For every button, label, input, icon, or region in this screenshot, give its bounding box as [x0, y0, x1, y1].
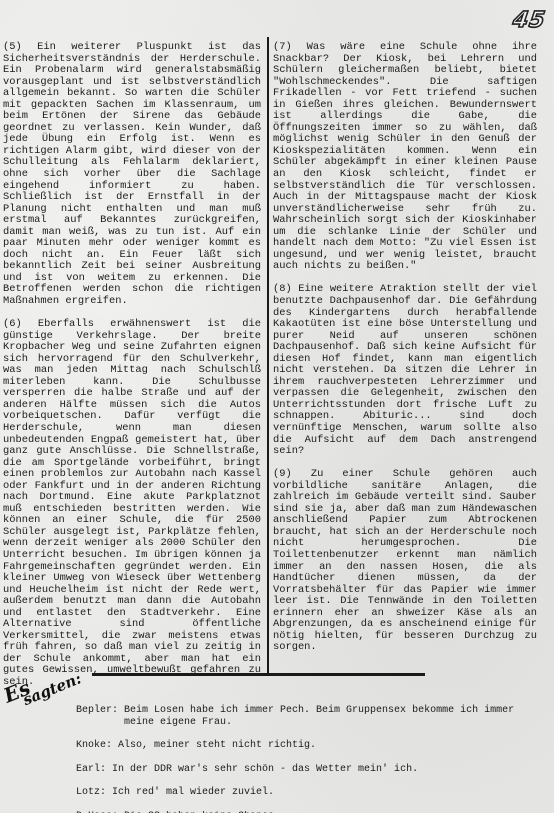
quote-speaker: Earl: — [76, 764, 106, 776]
quotes-list: Bepler: Beim Losen habe ich immer Pech. … — [76, 705, 546, 813]
section-divider — [92, 673, 425, 676]
quote-text: In der DDR war's sehr schön - das Wetter… — [112, 764, 546, 776]
paragraph-5: (5) Ein weiterer Pluspunkt ist das Siche… — [3, 42, 261, 308]
column-divider — [267, 37, 269, 674]
quote-text: Beim Losen habe ich immer Pech. Beim Gru… — [124, 705, 546, 728]
paragraph-7: (7) Was wäre eine Schule ohne ihre Snack… — [273, 42, 537, 273]
quote-text: Ich red' mal wieder zuviel. — [112, 787, 546, 799]
quote-item: Lotz: Ich red' mal wieder zuviel. — [76, 787, 546, 799]
quote-item: Bepler: Beim Losen habe ich immer Pech. … — [76, 705, 546, 728]
quote-speaker: Knoke: — [76, 740, 112, 752]
quote-text: Also, meiner steht nicht richtig. — [118, 740, 546, 752]
paragraph-8: (8) Eine weitere Atraktion stellt der vi… — [273, 284, 537, 457]
right-column: (7) Was wäre eine Schule ohne ihre Snack… — [273, 42, 537, 665]
left-column: (5) Ein weiterer Pluspunkt ist das Siche… — [3, 42, 261, 700]
quote-speaker: Bepler: — [76, 705, 118, 728]
quote-item: Knoke: Also, meiner steht nicht richtig. — [76, 740, 546, 752]
page-number: 45 — [512, 8, 548, 33]
paragraph-6: (6) Eberfalls erwähnenswert ist die güns… — [3, 319, 261, 689]
quote-item: Earl: In der DDR war's sehr schön - das … — [76, 764, 546, 776]
paragraph-9: (9) Zu einer Schule gehören auch vorbild… — [273, 469, 537, 654]
quote-speaker: Lotz: — [76, 787, 106, 799]
